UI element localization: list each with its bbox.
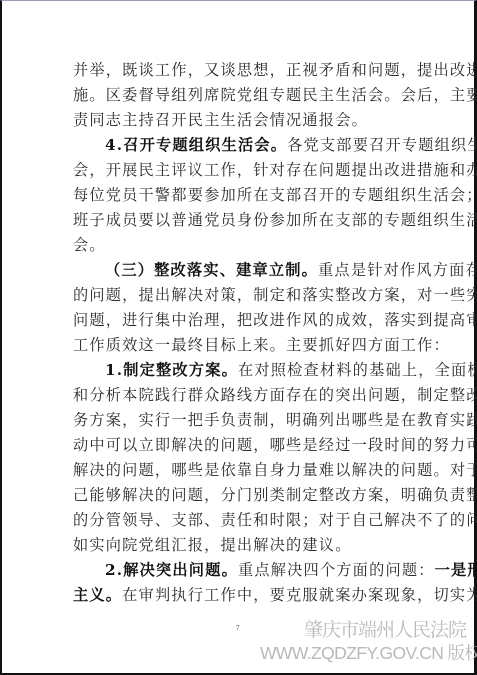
text-line: 如实向院党组汇报，提出解决的建议。 — [73, 534, 405, 559]
text-line: 会。 — [73, 234, 405, 259]
text-line: 己能够解决的问题，分门别类制定整改方案，明确负责整改 — [73, 484, 405, 509]
text-line: 问题，进行集中治理，把改进作风的成效，落实到提高审判 — [73, 309, 405, 334]
text-line: 的问题，提出解决对策，制定和落实整改方案，对一些突出 — [73, 284, 405, 309]
watermark-copyright: WWW.ZQDZFY.GOV.CN 版权所有 — [260, 640, 477, 665]
text-line: 主义。在审判执行工作中，要克服就案办案现象，切实为诉 — [73, 584, 405, 609]
text-line: 责同志主持召开民主生活会情况通报会。 — [73, 109, 405, 134]
section-heading: 1.制定整改方案。 — [105, 361, 238, 379]
section-heading-line: 2.解决突出问题。重点解决四个方面的问题：一是形式 — [73, 559, 405, 584]
text-line: 施。区委督导组列席院党组专题民主生活会。会后，主要负 — [73, 84, 405, 109]
text-line: 会，开展民主评议工作，针对存在问题提出改进措施和办法。 — [73, 159, 405, 184]
section-heading-line: （三）整改落实、建章立制。重点是针对作风方面存在 — [73, 259, 405, 284]
section-heading: 2.解决突出问题。 — [105, 561, 238, 579]
text-line: 动中可以立即解决的问题，哪些是经过一段时间的努力可以 — [73, 434, 405, 459]
text-line: 务方案，实行一把手负责制，明确列出哪些是在教育实践活 — [73, 409, 405, 434]
section-heading: 4.召开专题组织生活会。 — [105, 136, 287, 154]
text-line: 每位党员干警都要参加所在支部召开的专题组织生活会；院 — [73, 184, 405, 209]
text-line: 的分管领导、支部、责任和时限；对于自己解决不了的问题， — [73, 509, 405, 534]
section-heading-line: 1.制定整改方案。在对照检查材料的基础上，全面梳理 — [73, 359, 405, 384]
text-line: 并举，既谈工作，又谈思想，正视矛盾和问题，提出改进措 — [73, 59, 405, 84]
text-line: 解决的问题，哪些是依靠自身力量难以解决的问题。对于自 — [73, 459, 405, 484]
page-number: 7 — [236, 624, 240, 632]
text-line: 工作质效这一最终目标上来。主要抓好四方面工作： — [73, 334, 405, 359]
text-line: 和分析本院践行群众路线方面存在的突出问题，制定整改任 — [73, 384, 405, 409]
text-line: 班子成员要以普通党员身份参加所在支部的专题组织生活 — [73, 209, 405, 234]
section-heading: （三）整改落实、建章立制。 — [105, 261, 318, 279]
section-heading-line: 4.召开专题组织生活会。各党支部要召开专题组织生活 — [73, 134, 405, 159]
watermark-court-name: 肇庆市端州人民法院 — [304, 615, 466, 642]
document-page: 并举，既谈工作，又谈思想，正视矛盾和问题，提出改进措 施。区委督导组列席院党组专… — [73, 59, 405, 609]
